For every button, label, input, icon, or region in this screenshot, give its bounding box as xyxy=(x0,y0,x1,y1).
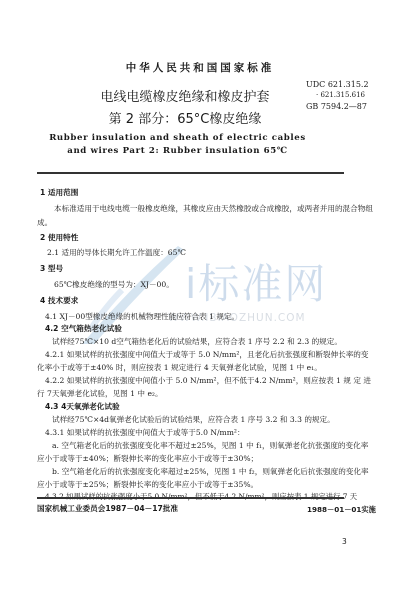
section-4-3-1-b-line1: b. 空气箱老化后的抗张强度变化率超过±25%，见图 1 中 f₂，则氧弹老化后… xyxy=(52,466,369,477)
section-4-heading: 4 技术要求 xyxy=(40,295,78,306)
watermark-logo: i标准网 xyxy=(185,251,327,310)
national-standard-heading: 中华人民共和国国家标准 xyxy=(0,60,400,75)
footer-divider xyxy=(37,497,344,499)
section-3-heading: 3 型号 xyxy=(40,263,63,274)
approval-date: 国家机械工业委员会1987－04－17批准 xyxy=(37,503,178,514)
section-4-3-1-a-line1: a. 空气箱老化后的抗张强度变化率不超过±25%，见图 1 中 f₁，则氧弹老化… xyxy=(52,440,368,451)
section-4-2-2-line2: 行 7天氧弹老化试验，见图 1 中 e₂。 xyxy=(37,388,163,399)
english-title-line1: Rubber insulation and sheath of electric… xyxy=(0,133,355,143)
document-title: 电线电缆橡皮绝缘和橡皮护套 xyxy=(0,86,370,105)
english-title-line2: and wires Part 2: Rubber insulation 65℃ xyxy=(0,146,355,156)
section-4-2-1-line1: 4.2.1 如果试样的抗张强度中间值大于或等于 5.0 N/mm²，且老化后抗张… xyxy=(45,349,368,360)
section-4-3-1-b-line2: 应小于或等于±25%；断裂伸长率的变化率应小于或等于±35%。 xyxy=(37,479,258,490)
section-2-heading: 2 使用特性 xyxy=(40,232,78,243)
section-4-1: 4.1 XJ－00型橡皮绝缘的机械物理性能应符合表 1 规定。 xyxy=(45,311,239,322)
effective-date: 1988－01－01实施 xyxy=(307,505,376,515)
section-4-3-1-a-line2: 应小于或等于±40%；断裂伸长率的变化率应小于或等于±30%； xyxy=(37,453,258,464)
section-4-2-body: 试样经75℃×10 d空气箱热老化后的试验结果，应符合表 1 序号 2.2 和 … xyxy=(52,336,342,347)
header-divider xyxy=(37,172,344,174)
section-1-heading: 1 适用范围 xyxy=(40,187,78,198)
document-subtitle: 第 2 部分：65°C橡皮绝缘 xyxy=(0,108,370,127)
section-3-body: 65℃橡皮绝缘的型号为：XJ－00。 xyxy=(54,279,174,290)
section-4-3-1: 4.3.1 如果试样的抗张强度中间值大于或等于5.0 N/mm²： xyxy=(45,427,245,438)
section-4-2-heading: 4.2 空气箱热老化试验 xyxy=(45,323,122,334)
section-4-2-1-line2: 化率小于或等于±40% 时，则应按表 1 规定进行 4 天氧弹老化试验，见图 1… xyxy=(37,362,322,373)
section-1-body-line2: 成。 xyxy=(37,217,52,228)
page-number: 3 xyxy=(342,537,347,546)
section-2-1: 2.1 适用的导体长期允许工作温度：65℃ xyxy=(47,247,186,258)
section-1-body-line1: 本标准适用于电线电缆一般橡皮绝缘，其橡皮应由天然橡胶或合成橡胶，或两者并用的混合… xyxy=(54,203,373,214)
section-4-3-heading: 4.3 4天氧弹老化试验 xyxy=(45,401,120,412)
section-4-2-2-line1: 4.2.2 如果试样的抗张强度中间值小于 5.0 N/mm²，但不低于4.2 N… xyxy=(45,375,371,386)
section-4-3-body: 试样经75℃×4d氧弹老化试验后的试验结果，应符合表 1 序号 3.2 和 3.… xyxy=(52,414,335,425)
